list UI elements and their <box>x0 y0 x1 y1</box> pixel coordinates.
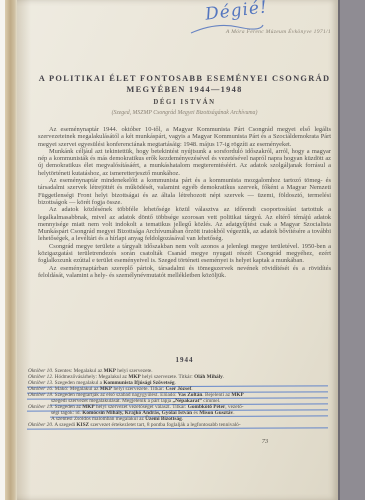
page-number: 73 <box>240 438 290 445</box>
article-title: A POLITIKAI ÉLET FONTOSABB ESEMÉNYEI CSO… <box>38 74 331 95</box>
event-line: Október 20. A szegedi KISZ szervezet ért… <box>28 422 336 428</box>
scanner-background <box>338 0 365 500</box>
paragraph: Az eseménynaptárban szereplő pártok, tár… <box>38 265 331 280</box>
paragraph: Az eseménynaptár 1944. október 10-től, a… <box>38 126 331 148</box>
scanned-page: Dégié! A Móra Ferenc Múzeum Évkönyve 197… <box>0 0 365 500</box>
author-name: DÉGI ISTVÁN <box>38 99 331 106</box>
events-list: Október 10. Szentes: Megalakul az MKP he… <box>28 368 336 428</box>
paragraph: Az eseménynaptár mindenekelőtt a kommuni… <box>38 177 331 206</box>
pen-flourish-stroke <box>188 18 266 38</box>
body-paragraphs: Az eseménynaptár 1944. október 10-től, a… <box>38 126 331 279</box>
paragraph: Munkánk céljául azt tekintettük, hogy be… <box>38 148 331 177</box>
journal-header: A Móra Ferenc Múzeum Évkönyve 1971/1 <box>38 29 331 35</box>
title-line-1: A POLITIKAI ÉLET FONTOSABB ESEMÉNYEI CSO… <box>38 74 331 85</box>
year-heading: 1944 <box>38 356 331 364</box>
paragraph: Csongrád megye területe a tárgyalt idősz… <box>38 243 331 265</box>
title-line-2: MEGYÉBEN 1944—1948 <box>38 85 331 96</box>
book-spine-edge <box>5 0 17 500</box>
author-affiliation: (Szeged, MSZMP Csongrád Megyei Bizottság… <box>38 110 331 116</box>
paragraph: Az adatok közlésének többféle lehetősége… <box>38 206 331 242</box>
